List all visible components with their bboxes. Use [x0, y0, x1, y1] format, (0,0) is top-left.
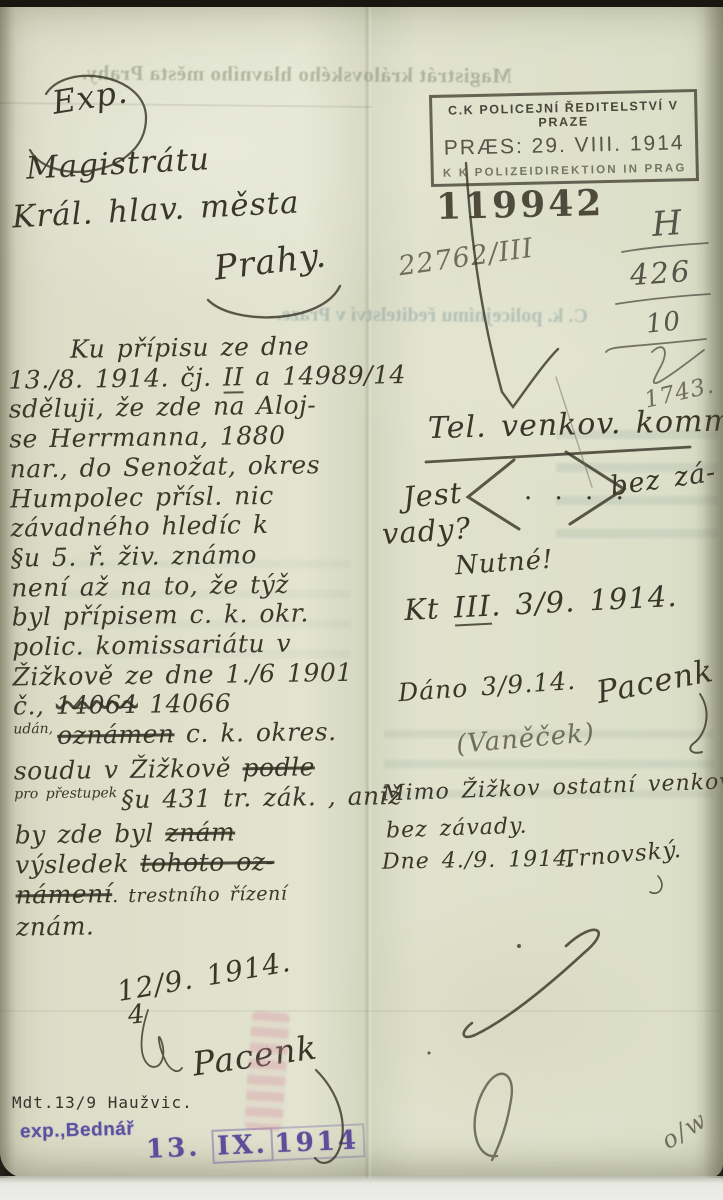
body-segment: se Herrmanna, 1880 [9, 421, 286, 454]
body-segment: . trestního řízení [112, 882, 287, 906]
body-segment: by zde byl [15, 819, 166, 850]
body-segment: nar., do Senožat, okres [9, 450, 320, 483]
body-segment: §u 431 tr. zák. , aniž [121, 781, 402, 814]
body-segment: Humpolec přísl. nic [10, 480, 274, 513]
body-segment: byl přípisem c. k. okr. [12, 599, 309, 632]
question-prefix: Jest [402, 475, 464, 514]
question-suffix-2: vady? [381, 511, 472, 551]
body-segment: soudu v Žižkově [14, 753, 243, 785]
stamp-office-czech: C.K POLICEJNÍ ŘEDITELSTVÍ V PRAZE [432, 98, 695, 132]
body-segment: oznámen [57, 719, 175, 750]
body-segment: II [223, 362, 244, 393]
body-line: nar., do Senožat, okres [9, 449, 373, 484]
body-segment: námení [15, 879, 112, 909]
body-segment: není až na to, že týž [11, 569, 289, 602]
stamp-praes-date: PRÆS: 29. VIII. 1914 [433, 131, 695, 161]
body-line: znám. [16, 908, 380, 943]
body-segment: znám [165, 818, 235, 848]
body-segment: 14064 [56, 690, 138, 720]
body-segment: závadného hledíc k [10, 510, 268, 543]
body-segment: podle [242, 752, 315, 782]
typed-note: Mdt.13/9 Haužvic. [12, 1093, 193, 1112]
body-line: 13./8. 1914. čj. II a 14989/14 [8, 360, 372, 395]
index-h: H [651, 203, 684, 245]
body-segment: výsledek [15, 849, 141, 880]
body-text: Ku přípisu ze dne13./8. 1914. čj. II a 1… [8, 330, 380, 942]
ref-roman: III [453, 589, 492, 627]
body-segment: polic. komissariátu v [12, 629, 291, 662]
scanned-document-page: { "colors": { "paper": "#dee1cb", "ink":… [0, 0, 723, 1200]
scan-edge-bottom [0, 1176, 723, 1200]
body-segment: znám. [16, 912, 95, 942]
bleed-mid-text: C. k. policejnímu ředitelství v Praze. [148, 303, 588, 328]
body-segment: sděluji, že zde na Aloj- [9, 391, 317, 424]
body-segment: Žižkově ze dne 1./6 1901 [12, 658, 352, 692]
body-segment: §u 5. ř. živ. známo [11, 540, 257, 572]
body-line: Žižkově ze dne 1./6 1901 [12, 657, 376, 692]
date-stamp-day: 13. [145, 1132, 200, 1164]
body-segment: a 14989/14 [244, 360, 406, 391]
body-segment: č., [13, 691, 56, 721]
ref-prefix: Kt [403, 591, 454, 628]
body-segment: pro přestupek [14, 785, 117, 802]
body-segment: 14066 [138, 689, 232, 719]
body-segment: c. k. okres. [174, 717, 336, 748]
body-segment: tohoto oz- [140, 847, 274, 878]
date-stamp-year: 1914 [272, 1123, 366, 1161]
body-line: udán,oznámen c. k. okres. [13, 717, 377, 757]
body-line: pro přestupek§u 431 tr. zák. , aniž [14, 781, 378, 821]
horizontal-crease [0, 1010, 723, 1012]
police-registry-stamp: C.K POLICEJNÍ ŘEDITELSTVÍ V PRAZE PRÆS: … [429, 89, 699, 187]
body-segment: 13./8. 1914. čj. [8, 362, 223, 394]
index-426: 426 [629, 254, 693, 292]
memo-line-2: bez závady. [386, 814, 528, 844]
dispatch-stamp: exp.,Bednář [20, 1119, 135, 1144]
date-stamp-month: IX. [212, 1127, 274, 1164]
closing-paraph: 4 [126, 999, 147, 1031]
body-segment: Ku přípisu ze dne [70, 331, 310, 363]
body-segment: udán, [13, 721, 53, 738]
body-line: námení. trestního řízení [15, 875, 379, 913]
index-10: 10 [645, 306, 683, 340]
stamp-office-german: K K POLIZEIDIREKTION IN PRAG [434, 162, 696, 180]
memo-line-3: Dne 4./9. 1914. [382, 846, 577, 874]
registry-number: 119942 [436, 182, 605, 228]
